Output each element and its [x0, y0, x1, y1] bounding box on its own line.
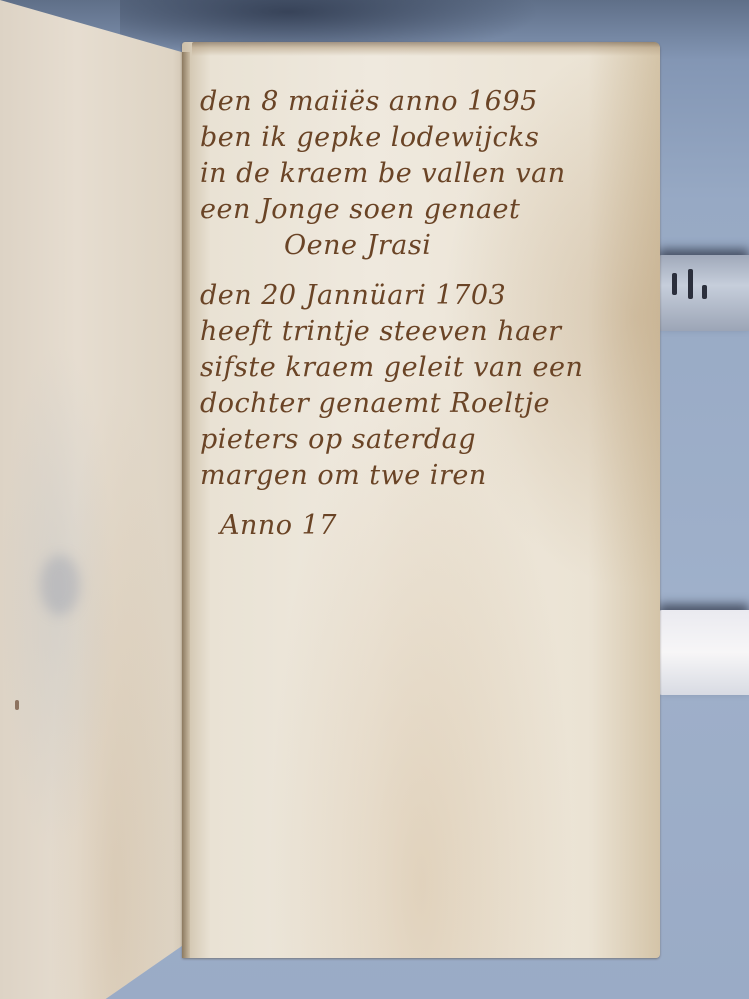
- corrosion-spot: [688, 269, 693, 299]
- entry-1-line-5: Oene Jrasi: [200, 228, 660, 264]
- ink-fleck: [15, 700, 19, 710]
- entry-2-line-3: sifste kraem geleit van een: [200, 350, 660, 386]
- metal-clasp-bottom: [658, 610, 749, 695]
- right-page: den 8 maiiës anno 1695 ben ik gepke lode…: [182, 42, 660, 958]
- entry-1-line-4: een Jonge soen genaet: [200, 192, 660, 228]
- gutter: [182, 52, 190, 958]
- anno-footer: Anno 17: [200, 508, 660, 544]
- left-page: [0, 0, 192, 999]
- entry-2-line-4: dochter genaemt Roeltje: [200, 386, 660, 422]
- page-top-edge: [192, 42, 660, 56]
- manuscript-text: den 8 maiiës anno 1695 ben ik gepke lode…: [200, 84, 660, 544]
- corrosion-spot: [702, 285, 707, 299]
- entry-2-line-6: margen om twe iren: [200, 458, 660, 494]
- entry-1: den 8 maiiës anno 1695 ben ik gepke lode…: [200, 84, 660, 264]
- entry-1-line-1: den 8 maiiës anno 1695: [200, 84, 660, 120]
- metal-clasp-top: [658, 255, 749, 331]
- entry-1-line-2: ben ik gepke lodewijcks: [200, 120, 660, 156]
- corrosion-spot: [672, 273, 677, 295]
- entry-2-line-5: pieters op saterdag: [200, 422, 660, 458]
- entry-2: den 20 Jannüari 1703 heeft trintje steev…: [200, 278, 660, 494]
- stain: [40, 555, 80, 615]
- entry-2-line-2: heeft trintje steeven haer: [200, 314, 660, 350]
- entry-2-line-1: den 20 Jannüari 1703: [200, 278, 660, 314]
- entry-1-line-3: in de kraem be vallen van: [200, 156, 660, 192]
